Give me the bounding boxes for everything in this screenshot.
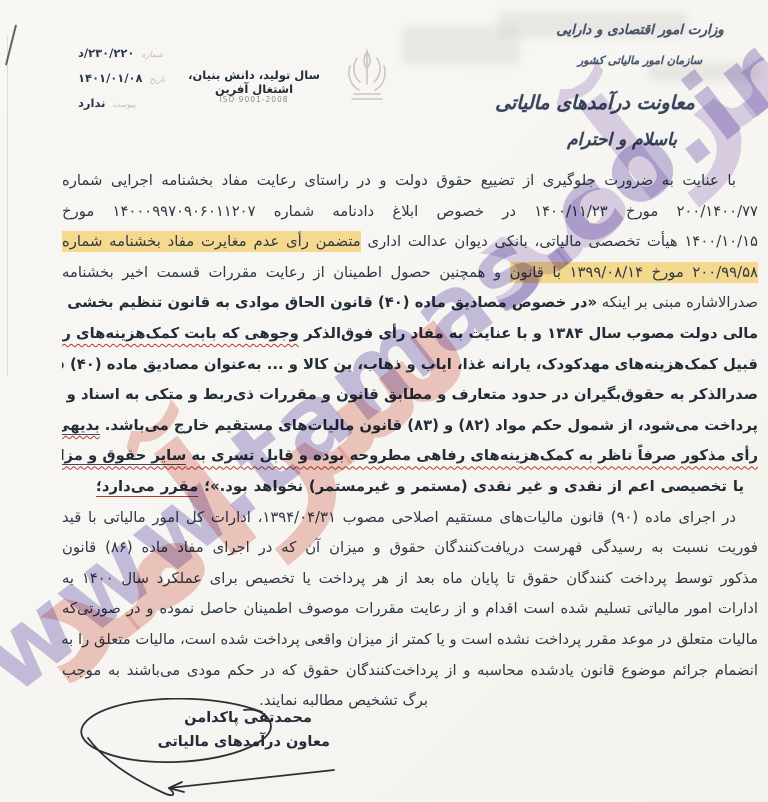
body-line: ۱۴۰۰/۱۰/۱۵ هیأت تخصصی مالیاتی، بانکی دیو…	[62, 227, 758, 258]
quoted-text: «در خصوص مصادیق ماده (۴۰) قانون الحاق مو…	[62, 294, 597, 311]
body-line: انضمام جرائم موضوع قانون یادشده محاسبه و…	[62, 656, 758, 687]
quoted-text: مالی دولت مصوب سال ۱۳۸۴ و با عنایت به مف…	[299, 325, 758, 342]
body-line: مالی دولت مصوب سال ۱۳۸۴ و با عنایت به مف…	[62, 319, 758, 350]
ref-date-value: ۱۴۰۱/۰۱/۰۸	[78, 71, 143, 85]
ministry-name: وزارت امور اقتصادی و دارایی	[520, 22, 760, 38]
quoted-text: قبیل کمک‌هزینه‌های مهدکودک، یارانه غذا، …	[62, 356, 758, 373]
year-slogan: سال تولید، دانش بنیان، اشتغال آفرین	[166, 68, 342, 96]
red-underlined-text: سایر حقوق و مزایای پرداختی	[62, 447, 186, 465]
red-underlined-text: مقرر می‌دارد؛	[96, 478, 198, 495]
body-line: رأی مذکور صرفاً ناظر به کمک‌هزینه‌های رف…	[62, 441, 758, 472]
salutation: باسلام و احترام	[522, 130, 722, 150]
organization-name: سازمان امور مالیاتی کشور	[540, 54, 740, 67]
quoted-text: پرداخت می‌شود، از شمول حکم مواد (۸۲) و (…	[100, 417, 758, 434]
text-segment: با عنایت به ضرورت جلوگیری از تضییع حقوق …	[62, 172, 736, 189]
body-line: یا تخصیصی اعم از نقدی و غیر نقدی (مستمر …	[62, 472, 758, 503]
red-underlined-text: بدیهی است مفاد	[62, 417, 100, 435]
body-line: در اجرای ماده (۹۰) قانون مالیات‌های مستق…	[62, 503, 758, 534]
body-line: صدرالاشاره مبنی بر اینکه «در خصوص مصادیق…	[62, 288, 758, 319]
ref-attachment-label: پیوست	[112, 100, 135, 109]
body-line: مالیات متعلق در موعد مقرر پرداخت نشده اس…	[62, 625, 758, 656]
body-line: قبیل کمک‌هزینه‌های مهدکودک، یارانه غذا، …	[62, 350, 758, 381]
text-segment: مالیات متعلق در موعد مقرر پرداخت نشده اس…	[62, 631, 758, 648]
text-segment: در اجرای ماده (۹۰) قانون مالیات‌های مستق…	[62, 509, 736, 526]
recipient-deputy: معاونت درآمدهای مالیاتی	[452, 92, 738, 114]
body-line: صدرالذکر به حقوق‌بگیران در حدود متعارف و…	[62, 380, 758, 411]
ref-number-label: شماره	[141, 50, 163, 59]
signature-block: محمدتقی پاکدامن معاون درآمدهای مالیاتی	[26, 698, 346, 802]
signature-scribble	[26, 698, 346, 802]
ref-number-value: ۲۳۰/۲۲۰/د	[78, 46, 134, 60]
red-underlined-text: رأی مذکور صرفاً ناظر به کمک‌هزینه‌های رف…	[186, 447, 758, 464]
body-line: ۲۰۰/۹۹/۵۸ مورخ ۱۳۹۹/۰۸/۱۴ با قانون و همچ…	[62, 258, 758, 289]
text-segment: ۱۴۰۰/۱۰/۱۵ هیأت تخصصی مالیاتی، بانکی دیو…	[361, 233, 758, 250]
body-line: فوریت نسبت به رسیدگی فهرست دریافت‌کنندگا…	[62, 533, 758, 564]
scan-edge-line	[7, 36, 8, 376]
letter-body: با عنایت به ضرورت جلوگیری از تضییع حقوق …	[62, 166, 758, 717]
national-emblem-icon	[342, 44, 392, 110]
body-line: ادارات امور مالیاتی تسلیم شده است اقدام …	[62, 594, 758, 625]
red-underlined-text: وجوهی که بابت کمک‌هزینه‌های رفاهی از	[62, 325, 299, 342]
text-segment: و همچنین حصول اطمینان از رعایت مقررات قس…	[62, 264, 510, 281]
text-segment: ادارات امور مالیاتی تسلیم شده است اقدام …	[62, 600, 758, 617]
text-segment: فوریت نسبت به رسیدگی فهرست دریافت‌کنندگا…	[62, 539, 758, 556]
text-segment: انضمام جرائم موضوع قانون یادشده محاسبه و…	[62, 662, 758, 679]
quoted-text: یا تخصیصی اعم از نقدی و غیر نقدی (مستمر …	[198, 478, 744, 495]
body-line: مذکور توسط پرداخت کنندگان حقوق تا پایان …	[62, 564, 758, 595]
highlighted-text: متضمن رأی عدم مغایرت مفاد بخشنامه شماره	[62, 231, 361, 252]
text-segment: مذکور توسط پرداخت کنندگان حقوق تا پایان …	[62, 570, 758, 587]
body-line: ۲۰۰/۱۴۰۰/۷۷ مورخ ۱۴۰۰/۱۱/۲۳ در خصوص ابلا…	[62, 197, 758, 228]
ref-attachment-value: ندارد	[78, 96, 105, 110]
body-line: پرداخت می‌شود، از شمول حکم مواد (۸۲) و (…	[62, 411, 758, 442]
text-segment: صدرالاشاره مبنی بر اینکه	[597, 294, 758, 311]
iso-certification: ISO 9001-2008	[196, 95, 312, 104]
highlighted-text: ۲۰۰/۹۹/۵۸ مورخ ۱۳۹۹/۰۸/۱۴ با قانون	[510, 262, 758, 283]
quoted-text: صدرالذکر به حقوق‌بگیران در حدود متعارف و…	[62, 386, 758, 403]
text-segment: ۲۰۰/۱۴۰۰/۷۷ مورخ ۱۴۰۰/۱۱/۲۳ در خصوص ابلا…	[62, 203, 758, 220]
scan-smudge	[402, 26, 520, 64]
ref-attachment-row: پیوست ندارد	[78, 96, 208, 121]
body-line: با عنایت به ضرورت جلوگیری از تضییع حقوق …	[62, 166, 758, 197]
ref-date-label: تاریخ	[150, 75, 166, 84]
scanned-letter-page: شماره ۲۳۰/۲۲۰/د تاریخ ۱۴۰۱/۰۱/۰۸ پیوست ن…	[0, 0, 768, 802]
